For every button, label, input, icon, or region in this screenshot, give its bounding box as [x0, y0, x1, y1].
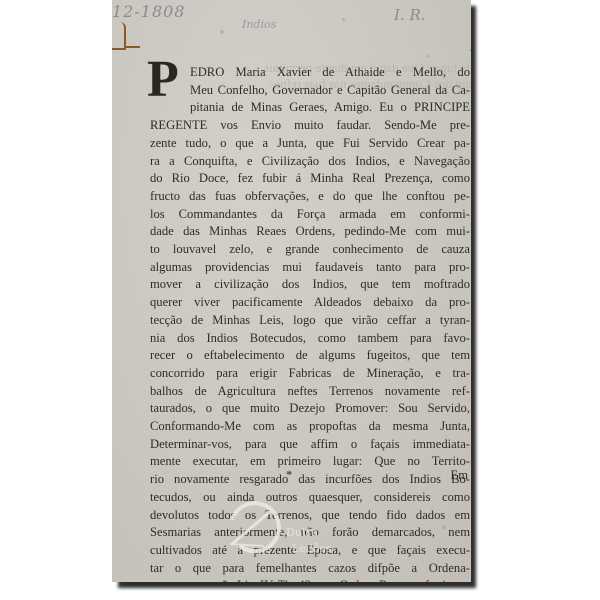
page-footer: * Em [150, 468, 468, 486]
text-line: zente tudo, o que a Junta, que Fui Servi… [150, 135, 470, 153]
watermark-line1: Dutra [286, 526, 318, 539]
text-line: dade das Minhas Reaes Ordens, pedindo-Me… [150, 223, 470, 241]
watermark-line2: Leilões [292, 542, 332, 555]
text-line: concorrido para erigir Fabricas de Miner… [150, 365, 470, 383]
handwritten-subject: Indios [242, 18, 276, 31]
text-line: tecção de Minhas Leis, logo que virão ce… [150, 312, 470, 330]
handwritten-folio-number: 133 [468, 37, 471, 57]
text-line: Meu Confelho, Governador e Capitão Gener… [150, 82, 470, 100]
watermark-logo: Dutra Leilões [220, 490, 360, 556]
foxing-spot [342, 18, 345, 21]
dutra-logo-icon [220, 490, 290, 556]
text-line: querer viver pacificamente Aldeados deba… [150, 294, 470, 312]
catchword: Em [451, 468, 469, 483]
text-line: los Commandantes da Força armada em conf… [150, 206, 470, 224]
text-line: mover a civilização dos Indios, que tem … [150, 276, 470, 294]
text-line: algumas providencias mui faudaveis tanto… [150, 259, 470, 277]
text-line: ção Liv. IV. Tit. 43, e as Ordens Reaes … [150, 577, 470, 582]
text-line: to louvavel zelo, e grande conhecimento … [150, 241, 470, 259]
text-line: pitania de Minas Geraes, Amigo. Eu o PRI… [150, 99, 470, 117]
foxing-spot [220, 30, 224, 34]
text-line: taurados, o que muito Dezejo Promover: S… [150, 400, 470, 418]
text-line: EDRO Maria Xavier de Athaide e Mello, do [150, 64, 470, 82]
ink-bracket-tail [124, 46, 140, 48]
text-line: recer o eftabelecimento de algums fugeit… [150, 347, 470, 365]
text-line: Conformando-Me com as propoftas da mesma… [150, 418, 470, 436]
foxing-spot [427, 55, 430, 58]
text-line: Determinar-vos, para que affim o façais … [150, 436, 470, 454]
handwritten-date: 12-1808 [112, 2, 185, 21]
handwritten-reference: I. R. [394, 6, 426, 24]
document-page: 12-1808 Indios I. R. 133 Em fegundo luga… [112, 0, 471, 582]
text-line: REGENTE vos Envio muito faudar. Sendo-Me… [150, 117, 470, 135]
text-line: fructo das fuas obfervações, e do que lh… [150, 188, 470, 206]
signature-mark: * [286, 468, 292, 483]
text-line: ra a Conquifta, e Civilização dos Indios… [150, 153, 470, 171]
text-line: do Rio Doce, fez fubir á Minha Real Prez… [150, 170, 470, 188]
text-line: nia dos Indios Botecudos, como tambem pa… [150, 330, 470, 348]
text-line: tar o que para femelhantes cazos difpõe … [150, 560, 470, 578]
text-line: balhos de Agricultura neftes Terrenos no… [150, 383, 470, 401]
